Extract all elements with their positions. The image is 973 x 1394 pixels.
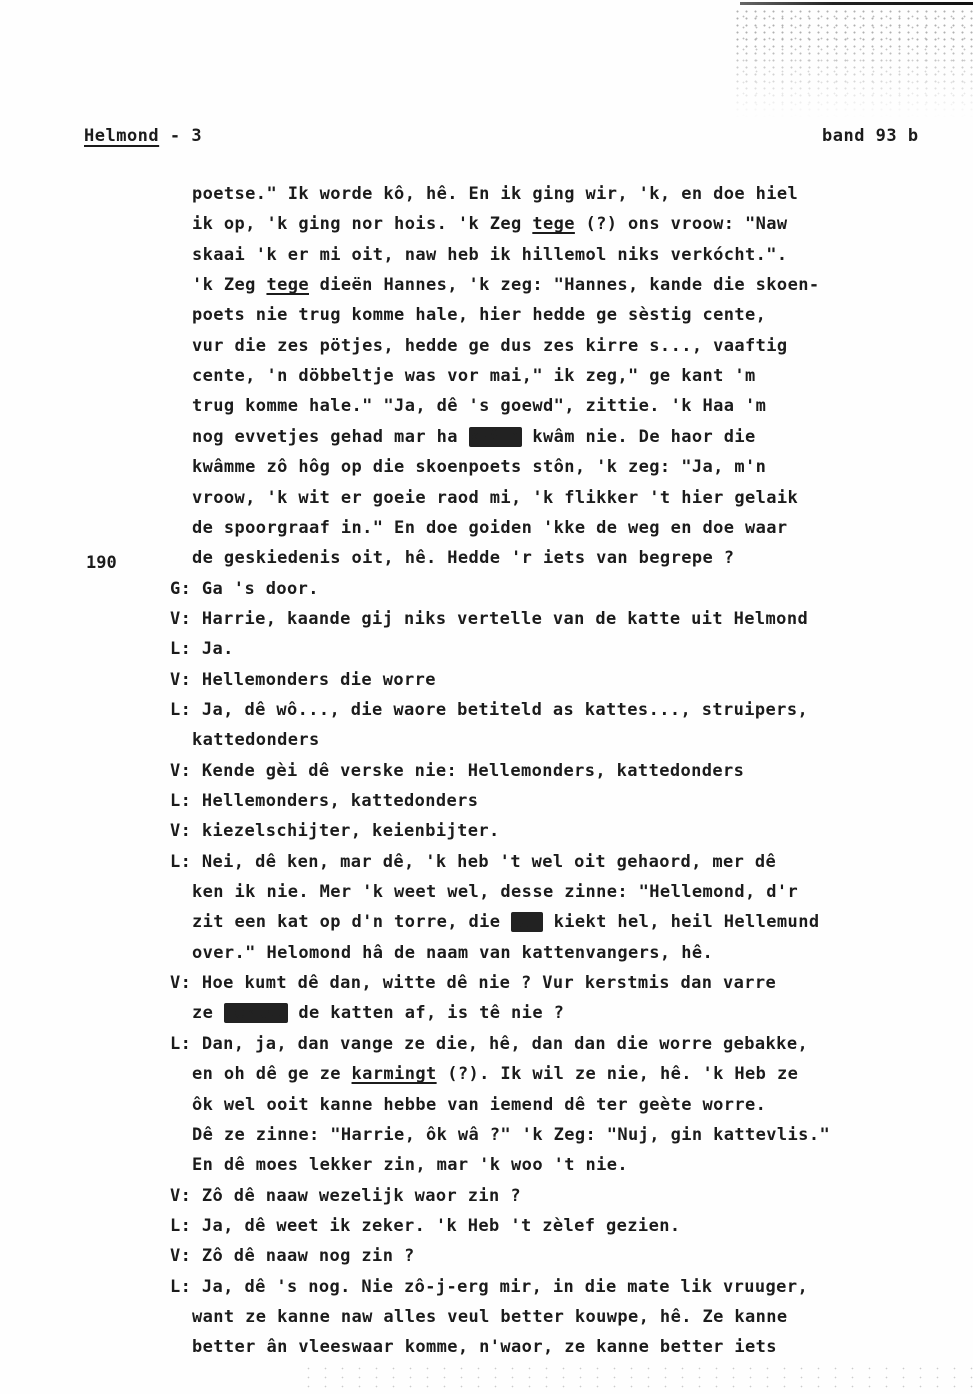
transcript-line: kwâmme zô hôg op die skoenpoets stôn, 'k… — [192, 457, 766, 477]
document-page: Helmond - 3 band 93 b 190 poetse." Ik wo… — [0, 0, 973, 1394]
speaker-line: L: Ja, dê 's nog. Nie zô-j-erg mir, in d… — [170, 1277, 808, 1297]
speaker-line: V: Zô dê naaw nog zin ? — [170, 1246, 415, 1266]
speaker-line: L: Dan, ja, dan vange ze die, hê, dan da… — [170, 1034, 808, 1054]
transcript-line: ken ik nie. Mer 'k weet wel, desse zinne… — [192, 882, 798, 902]
transcript-line: En dê moes lekker zin, mar 'k woo 't nie… — [192, 1155, 628, 1175]
document-title: Helmond — [84, 126, 159, 146]
speaker-line: L: Ja. — [170, 639, 234, 659]
speaker-line: V: Harrie, kaande gij niks vertelle van … — [170, 609, 808, 629]
speaker-line: V: Zô dê naaw wezelijk waor zin ? — [170, 1186, 521, 1206]
transcript-line: ze dekkax de katten af, is tê nie ? — [192, 1003, 564, 1023]
transcript-line: kattedonders — [192, 730, 320, 750]
transcript-line: Dê ze zinne: "Harrie, ôk wâ ?" 'k Zeg: "… — [192, 1125, 830, 1145]
speaker-line: V: Hoe kumt dê dan, witte dê nie ? Vur k… — [170, 973, 776, 993]
transcript-line: ôk wel ooit kanne hebbe van iemend dê te… — [192, 1095, 766, 1115]
tape-label: band 93 b — [822, 126, 919, 146]
transcript-line: en oh dê ge ze karmingt (?). Ik wil ze n… — [192, 1064, 798, 1084]
margin-line-number: 190 — [86, 553, 117, 573]
scan-noise — [733, 8, 973, 118]
scan-noise-bottom — [300, 1364, 973, 1394]
speaker-line: L: Ja, dê wô..., die waore betiteld as k… — [170, 700, 808, 720]
scan-edge-line — [740, 2, 973, 5]
speaker-line: G: Ga 's door. — [170, 579, 319, 599]
speaker-line: V: Kende gèi dê verske nie: Hellemonders… — [170, 761, 744, 781]
speaker-line: V: kiezelschijter, keienbijter. — [170, 821, 500, 841]
transcript-line: poetse." Ik worde kô, hê. En ik ging wir… — [192, 184, 798, 204]
transcript-line: de geskiedenis oit, hê. Hedde 'r iets va… — [192, 548, 734, 568]
transcript-line: nog evvetjes gehad mar ha kwâmm kwâm nie… — [192, 427, 756, 447]
transcript-line: want ze kanne naw alles veul better kouw… — [192, 1307, 788, 1327]
transcript-line: zit een kat op d'n torre, die kat kiekt … — [192, 912, 819, 932]
page-header-left: Helmond - 3 — [84, 126, 202, 146]
transcript-line: poets nie trug komme hale, hier hedde ge… — [192, 305, 766, 325]
transcript-line: over." Helomond hâ de naam van kattenvan… — [192, 943, 713, 963]
speaker-line: L: Hellemonders, kattedonders — [170, 791, 478, 811]
transcript-line: 'k Zeg tege dieën Hannes, 'k zeg: "Hanne… — [192, 275, 819, 295]
transcript-line: ik op, 'k ging nor hois. 'k Zeg tege (?)… — [192, 214, 788, 234]
transcript-line: cente, 'n döbbeltje was vor mai," ik zeg… — [192, 366, 756, 386]
transcript-line: vur die zes pötjes, hedde ge dus zes kir… — [192, 336, 788, 356]
page-number: - 3 — [159, 126, 202, 146]
speaker-line: V: Hellemonders die worre — [170, 670, 436, 690]
transcript-line: skaai 'k er mi oit, naw heb ik hillemol … — [192, 245, 788, 265]
transcript-line: vroow, 'k wit er goeie raod mi, 'k flikk… — [192, 488, 798, 508]
transcript-line: de spoorgraaf in." En doe goiden 'kke de… — [192, 518, 788, 538]
speaker-line: L: Ja, dê weet ik zeker. 'k Heb 't zèlef… — [170, 1216, 680, 1236]
transcript-line: better ân vleeswaar komme, n'waor, ze ka… — [192, 1337, 777, 1357]
speaker-line: L: Nei, dê ken, mar dê, 'k heb 't wel oi… — [170, 852, 776, 872]
transcript-line: trug komme hale." "Ja, dê 's goewd", zit… — [192, 396, 766, 416]
